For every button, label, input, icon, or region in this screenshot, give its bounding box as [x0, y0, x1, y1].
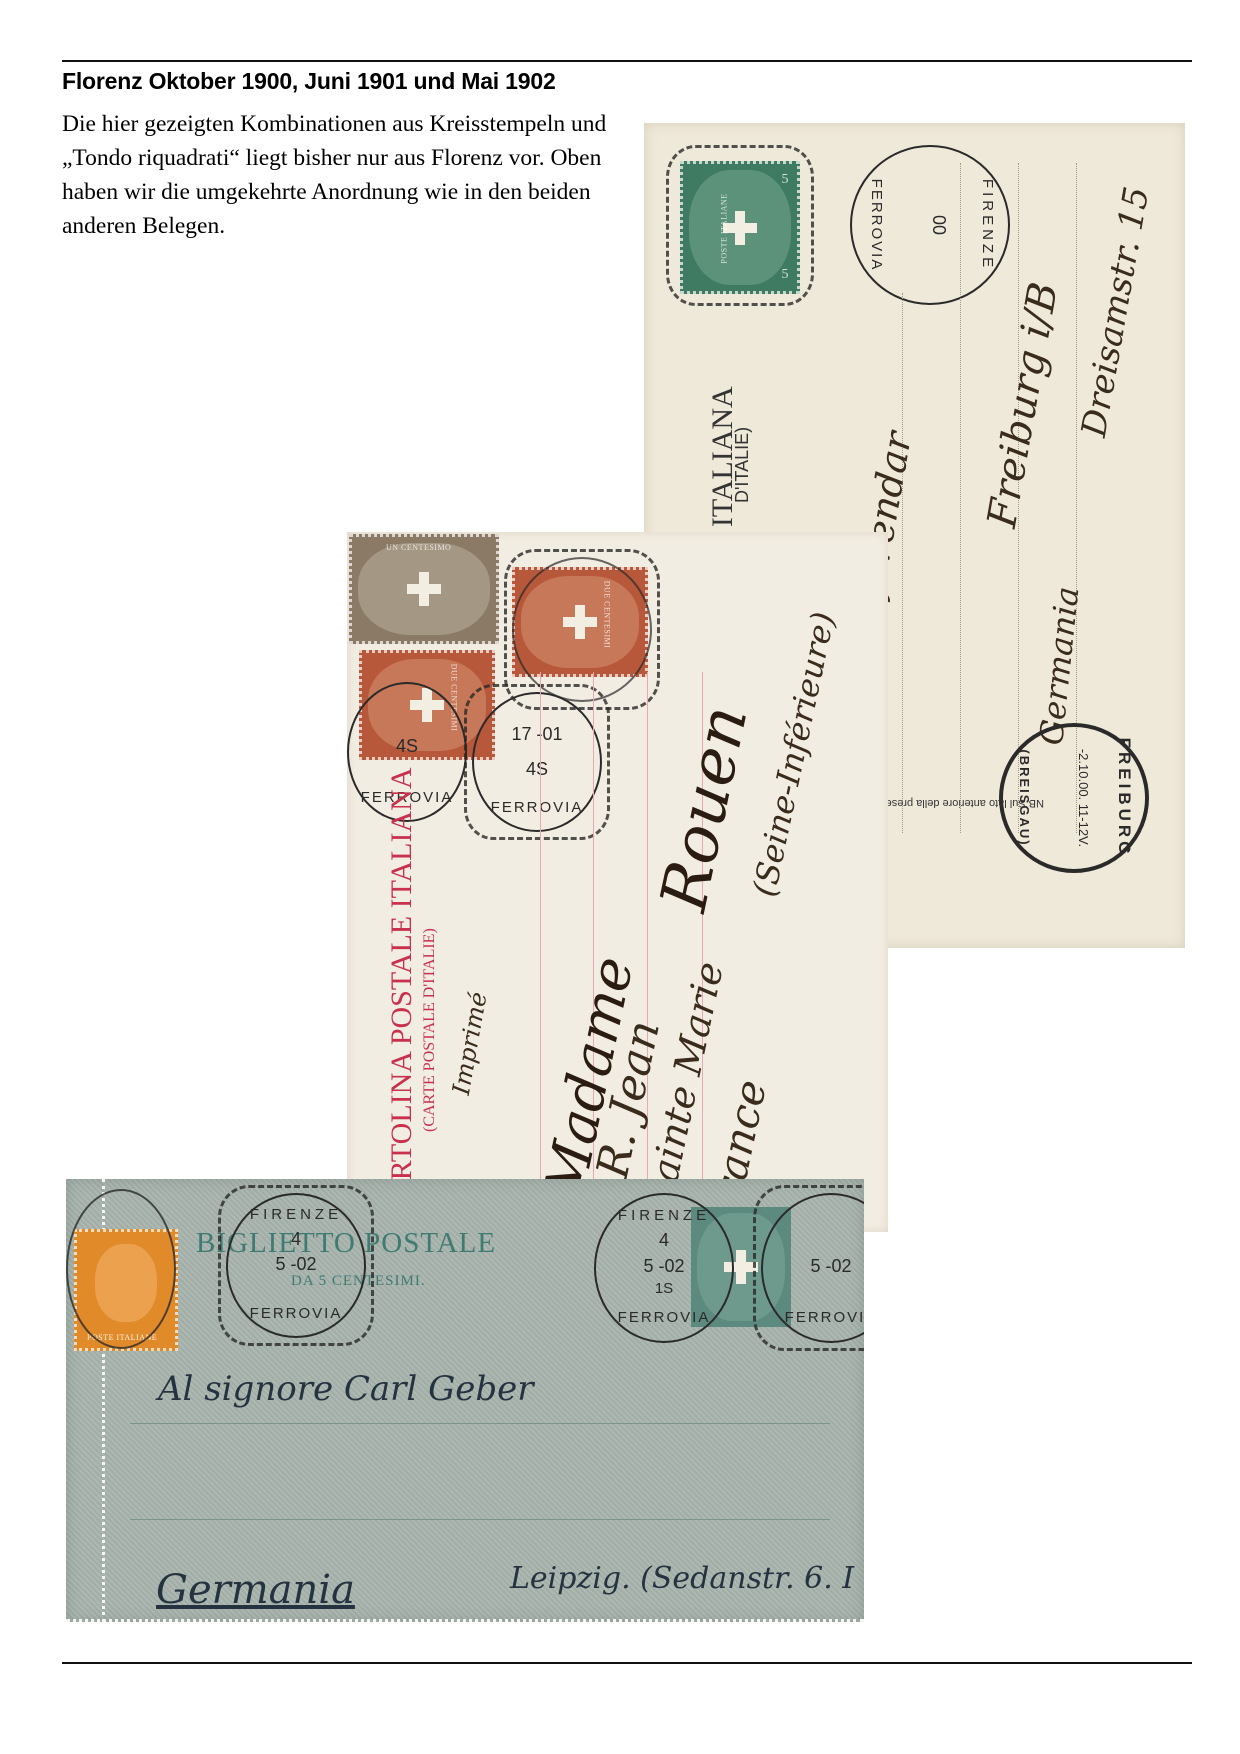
footnote-text: NB Sul lato anteriore della presente [870, 797, 1044, 809]
printed-subheading: (CARTE POSTALE D'ITALIE) [421, 928, 439, 1132]
description-text: Die hier gezeigten Kombinationen aus Kre… [62, 107, 622, 243]
firenze-ferrovia-postmark: FIRENZE 4 5 -02 1S FERROVIA [594, 1193, 734, 1343]
address-guide-line [960, 163, 961, 833]
tondo-riquadrato-postmark: FIRENZE 4 5 -02 FERROVIA [226, 1193, 366, 1338]
top-rule [62, 60, 1192, 62]
address-line: (Seine-Inférieure) [745, 609, 842, 900]
page-title: Florenz Oktober 1900, Juni 1901 und Mai … [62, 68, 556, 95]
firenze-ferrovia-postmark [66, 1189, 176, 1349]
letter-card-1902: POSTE ITALIANE BIGLIETTO POSTALE DA 5 CE… [66, 1179, 864, 1622]
perforation [66, 1619, 864, 1622]
printed-heading: CARTOLINA POSTALE ITALIANA [385, 768, 419, 1222]
address-guide-line [902, 293, 903, 833]
tondo-riquadrato-postmark [512, 557, 652, 702]
tondo-riquadrato-postmark [674, 153, 806, 298]
address-line: Leipzig. (Sedanstr. 6. I [510, 1561, 854, 1596]
tondo-riquadrato-postmark: 5 -02 FERROVIA [761, 1193, 864, 1343]
address-line: Freiburg i/B [979, 279, 1067, 531]
address-line: Al signore Carl Geber [158, 1369, 534, 1409]
firenze-ferrovia-postmark: FIRENZE 00 FERROVIA [850, 145, 1010, 305]
imprime-note: Imprimé [447, 990, 493, 1097]
stamp-1-centesimo: UN CENTESIMO [349, 534, 499, 644]
address-guide-line [130, 1519, 830, 1520]
printed-subheading: D'ITALIE) [732, 427, 753, 503]
address-guide-line [130, 1423, 830, 1424]
address-line: Germania [156, 1567, 355, 1613]
address-line: Rouen [647, 699, 762, 917]
address-line: Dreisamstr. 15 [1074, 184, 1157, 440]
savoy-cross-icon [407, 572, 441, 606]
tondo-riquadrato-postmark: 17 -01 4S FERROVIA [472, 692, 602, 832]
postcard-1901: UN CENTESIMO DUE CENTESIMI DUE CENTESIMI… [347, 532, 888, 1232]
bottom-rule [62, 1662, 1192, 1664]
